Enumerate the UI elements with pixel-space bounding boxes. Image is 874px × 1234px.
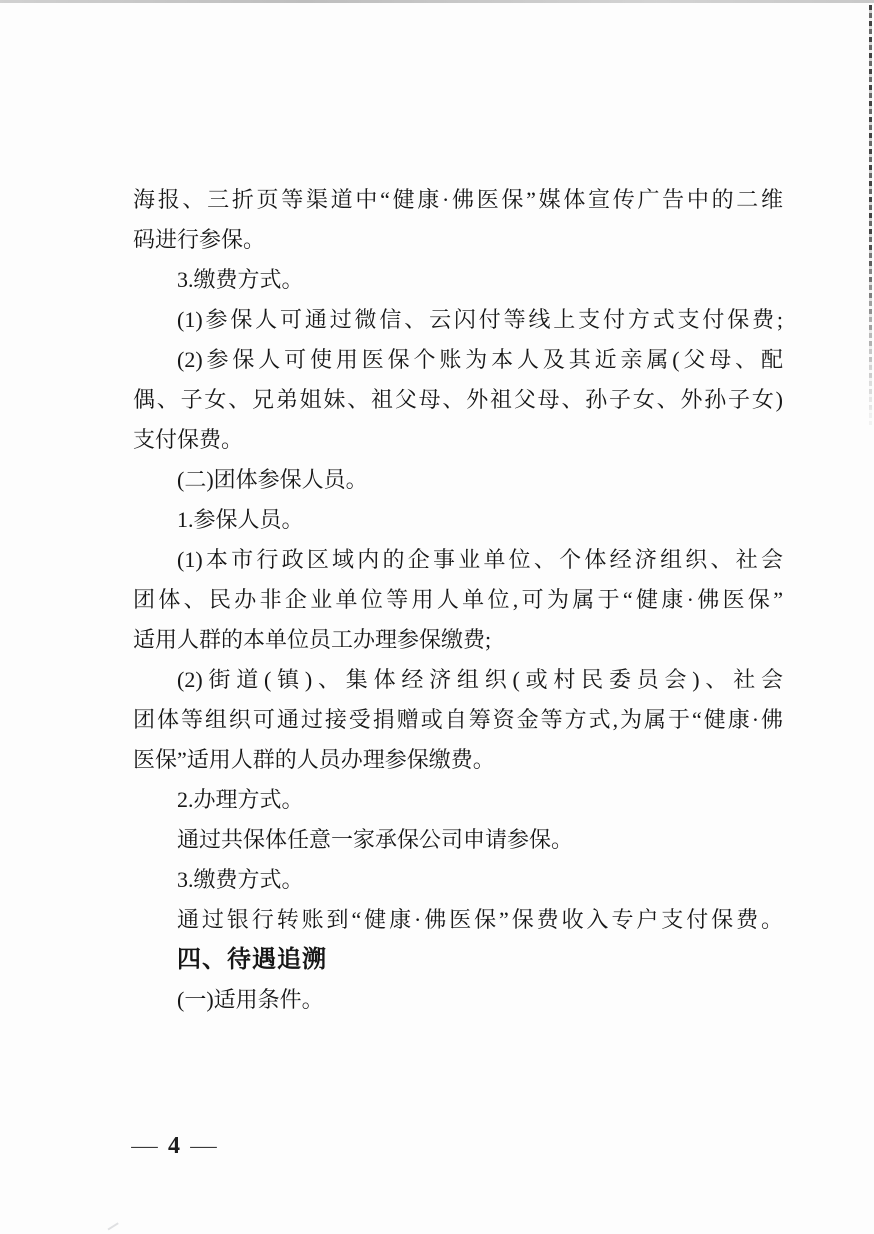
- document-body: 海报、三折页等渠道中“健康·佛医保”媒体宣传广告中的二维码进行参保。3.缴费方式…: [133, 180, 783, 1020]
- scan-top-edge-artifact: [0, 0, 874, 3]
- text-line: (2)街道(镇)、集体经济组织(或村民委员会)、社会: [133, 660, 783, 700]
- text-line: 通过银行转账到“健康·佛医保”保费收入专户支付保费。: [133, 900, 783, 940]
- page-number-left-dash: —: [131, 1133, 157, 1159]
- text-line: 医保”适用人群的人员办理参保缴费。: [133, 740, 783, 780]
- text-line: 1.参保人员。: [133, 500, 783, 540]
- page-number-right-dash: —: [190, 1133, 216, 1159]
- scan-right-edge-artifact: [869, 5, 872, 425]
- text-line: (2)参保人可使用医保个账为本人及其近亲属(父母、配: [133, 340, 783, 380]
- text-line: 海报、三折页等渠道中“健康·佛医保”媒体宣传广告中的二维: [133, 180, 783, 220]
- text-line: 偶、子女、兄弟姐妹、祖父母、外祖父母、孙子女、外孙子女): [133, 380, 783, 420]
- text-line: (1)参保人可通过微信、云闪付等线上支付方式支付保费;: [133, 300, 783, 340]
- page-number-value: 4: [168, 1133, 180, 1160]
- document-page: 海报、三折页等渠道中“健康·佛医保”媒体宣传广告中的二维码进行参保。3.缴费方式…: [0, 0, 874, 1234]
- text-line: 适用人群的本单位员工办理参保缴费;: [133, 620, 783, 660]
- page-number: — 4 —: [133, 1128, 215, 1164]
- scan-speck-artifact: [103, 1216, 118, 1231]
- text-line: 团体、民办非企业单位等用人单位,可为属于“健康·佛医保”: [133, 580, 783, 620]
- text-line: 支付保费。: [133, 420, 783, 460]
- text-line: 2.办理方式。: [133, 780, 783, 820]
- text-line: 3.缴费方式。: [133, 260, 783, 300]
- text-line: (一)适用条件。: [133, 980, 783, 1020]
- text-line: 通过共保体任意一家承保公司申请参保。: [133, 820, 783, 860]
- text-line: 团体等组织可通过接受捐赠或自筹资金等方式,为属于“健康·佛: [133, 700, 783, 740]
- text-line: 3.缴费方式。: [133, 860, 783, 900]
- section-heading: 四、待遇追溯: [133, 940, 783, 980]
- text-line: (1)本市行政区域内的企事业单位、个体经济组织、社会: [133, 540, 783, 580]
- text-line: 码进行参保。: [133, 220, 783, 260]
- text-line: (二)团体参保人员。: [133, 460, 783, 500]
